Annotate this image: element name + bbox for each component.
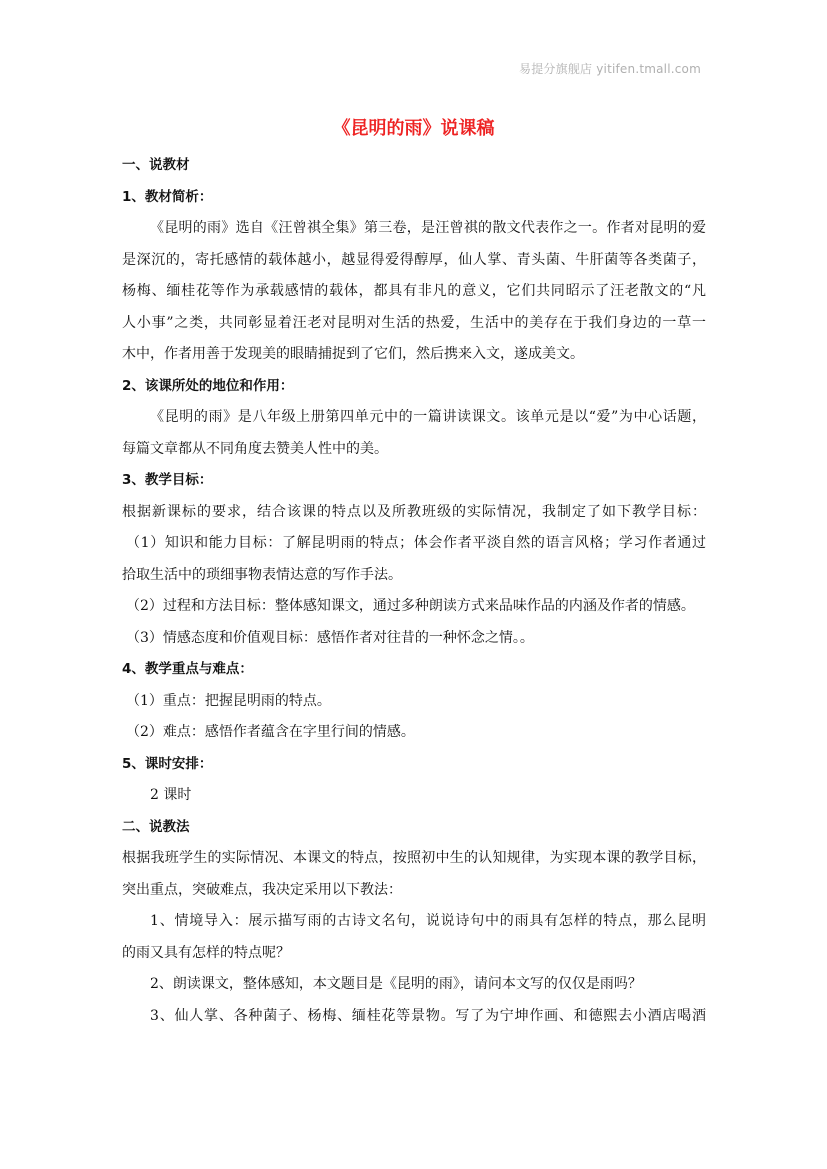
- subheading-objectives: 3、教学目标：: [122, 465, 706, 497]
- document-title: 《昆明的雨》说课稿: [0, 114, 827, 140]
- method-item: 3、仙人掌、各种菌子、杨梅、缅桂花等景物。写了为宁坤作画、和德熙去小酒店喝酒: [122, 1001, 706, 1033]
- section-heading-2: 二、说教法: [122, 812, 706, 844]
- objective-item: （1）知识和能力目标：了解昆明雨的特点；体会作者平淡自然的语言风格；学习作者通过: [122, 528, 706, 560]
- objective-item: （3）情感态度和价值观目标：感悟作者对往昔的一种怀念之情。。: [122, 623, 706, 655]
- paragraph-line: 根据我班学生的实际情况、本课文的特点，按照初中生的认知规律，为实现本课的教学目标…: [122, 843, 706, 875]
- key-point-item: （1）重点：把握昆明雨的特点。: [122, 686, 706, 718]
- paragraph-line: 拾取生活中的琐细事物表情达意的写作手法。: [122, 560, 706, 592]
- paragraph-line: 根据新课标的要求，结合该课的特点以及所教班级的实际情况，我制定了如下教学目标：: [122, 497, 706, 529]
- objective-item: （2）过程和方法目标：整体感知课文，通过多种朗读方式来品味作品的内涵及作者的情感…: [122, 591, 706, 623]
- paragraph-line: 每篇文章都从不同角度去赞美人性中的美。: [122, 434, 706, 466]
- paragraph-line: 《昆明的雨》选自《汪曾祺全集》第三卷，是汪曾祺的散文代表作之一。作者对昆明的爱: [122, 213, 706, 245]
- watermark: 易提分旗舰店 yitifen.tmall.com: [519, 60, 701, 77]
- paragraph-line: 木中，作者用善于发现美的眼睛捕捉到了它们，然后携来入文，遂成美文。: [122, 339, 706, 371]
- subheading-schedule: 5、课时安排：: [122, 749, 706, 781]
- method-item: 2、朗读课文，整体感知，本文题目是《昆明的雨》，请问本文写的仅仅是雨吗？: [122, 969, 706, 1001]
- paragraph-line: 的雨又具有怎样的特点呢？: [122, 938, 706, 970]
- section-heading-1: 一、说教材: [122, 150, 706, 182]
- paragraph-line: 杨梅、缅桂花等作为承载感情的载体，都具有非凡的意义，它们共同昭示了汪老散文的“凡: [122, 276, 706, 308]
- paragraph-line: 人小事”之类，共同彰显着汪老对昆明对生活的热爱，生活中的美存在于我们身边的一草一: [122, 308, 706, 340]
- key-point-item: （2）难点：感悟作者蕴含在字里行间的情感。: [122, 717, 706, 749]
- subheading-analysis: 1、教材简析：: [122, 182, 706, 214]
- paragraph-line: 突出重点，突破难点，我决定采用以下教法：: [122, 875, 706, 907]
- schedule-value: 2 课时: [122, 780, 706, 812]
- paragraph-line: 是深沉的，寄托感情的载体越小，越显得爱得醇厚，仙人掌、青头菌、牛肝菌等各类菌子，: [122, 245, 706, 277]
- subheading-key-points: 4、教学重点与难点：: [122, 654, 706, 686]
- paragraph-line: 《昆明的雨》是八年级上册第四单元中的一篇讲读课文。该单元是以“爱”为中心话题，: [122, 402, 706, 434]
- document-body: 一、说教材 1、教材简析： 《昆明的雨》选自《汪曾祺全集》第三卷，是汪曾祺的散文…: [122, 150, 706, 1032]
- method-item: 1、情境导入：展示描写雨的古诗文名句，说说诗句中的雨具有怎样的特点，那么昆明: [122, 906, 706, 938]
- subheading-position: 2、该课所处的地位和作用：: [122, 371, 706, 403]
